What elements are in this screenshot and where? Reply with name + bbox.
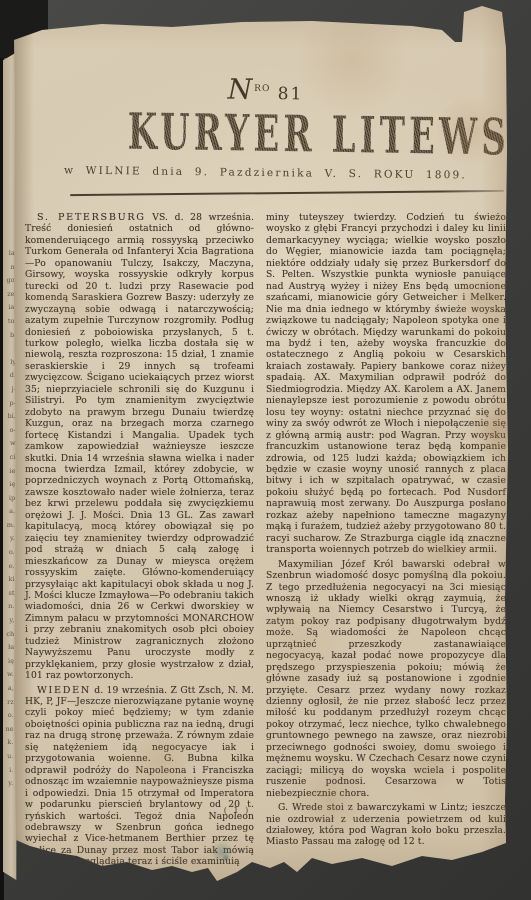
masthead: NRO 81 KURYER LITEWSKI w WILNIE dnia 9. …	[25, 84, 506, 179]
body-text: Z Gtt Zsch, N. M. HK, P, JF—Jeszcze nier…	[25, 685, 254, 868]
paragraph-continuation: miny tuteyszey twierdzy. Codzień tu świe…	[266, 212, 506, 556]
signature-mark: ( 1 )	[212, 806, 262, 815]
issue-letter-n: N	[228, 73, 255, 106]
paragraph-maxymilian: Maxymilian Józef Król bawarski odebrał w…	[266, 559, 506, 800]
issue-number: 81	[270, 84, 303, 104]
newspaper-scan: la. n, go, ze. ia- to. b. i ly d. j- p- …	[0, 0, 531, 900]
masthead-dateline: w WILNIE dnia 9. Pazdziernika V. S. ROKU…	[25, 164, 506, 182]
paragraph-wieden: WIEDEN d. 19 września. Z Gtt Zsch, N. M.…	[25, 685, 254, 868]
right-column: miny tuteyszey twierdzy. Codzień tu świe…	[266, 212, 506, 851]
body-text: G. Wrede stoi z bawarczykami w Lintz; ie…	[266, 802, 506, 847]
paragraph-petersburg: S. PETERSBURG VS. d. 28 września. Treść …	[25, 212, 254, 682]
body-text: Treść doniesień ostatnich od główno-kome…	[25, 223, 254, 681]
body-text: miny tuteyszey twierdzy. Codzień tu świe…	[266, 212, 506, 555]
newspaper-title: KURYER LITEWSKI	[25, 110, 506, 160]
paragraph-wrede: G. Wrede stoi z bawarczykami w Lintz; ie…	[266, 802, 506, 848]
dateline-lead: WIEDEN	[37, 685, 91, 696]
paper-sheet: NRO 81 KURYER LITEWSKI w WILNIE dnia 9. …	[12, 0, 509, 900]
issue-superscript: RO	[254, 84, 270, 94]
left-column: S. PETERSBURG VS. d. 28 września. Treść …	[25, 212, 254, 871]
issue-number-line: NRO 81	[25, 82, 506, 106]
masthead-rule	[70, 190, 504, 196]
dateline-lead: S. PETERSBURG	[37, 212, 146, 223]
body-text: Maxymilian Józef Król bawarski odebrał w…	[266, 559, 506, 799]
